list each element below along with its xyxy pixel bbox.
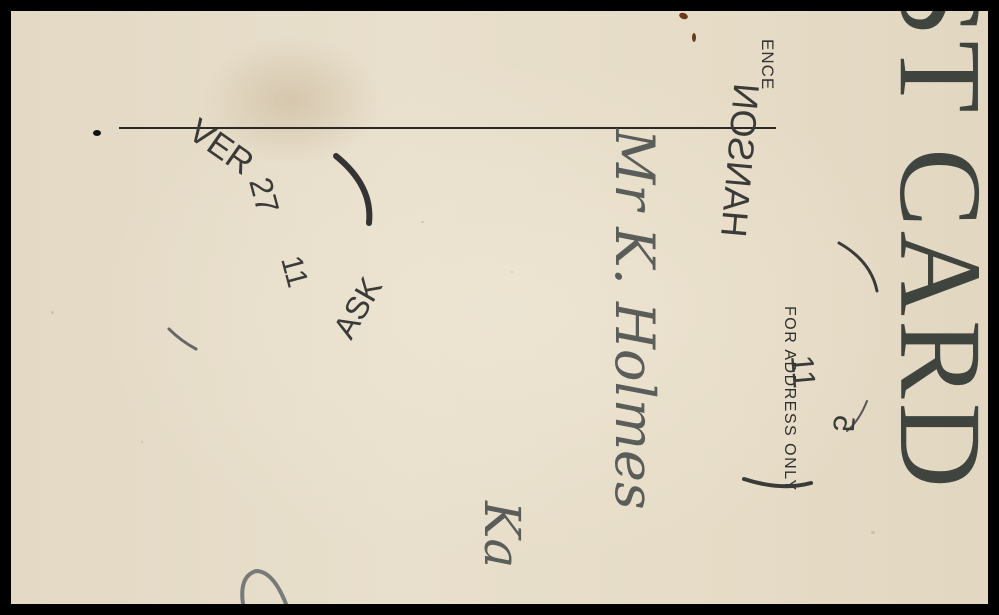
postmark-left-year: 11 bbox=[274, 252, 314, 291]
postmarks-layer: VER 27 11 ASK HANSON 11 5 bbox=[11, 11, 988, 604]
postmark-center-year: 11 bbox=[784, 353, 823, 389]
handwriting-stroke bbox=[242, 571, 286, 604]
postcard-back: ENCE ST CARD FOR ADDRESS ONLY Mr K. Holm… bbox=[11, 11, 988, 604]
postmark-left-city: VER bbox=[181, 111, 260, 182]
postmark-left-state: ASK bbox=[326, 271, 389, 344]
postmark-center: HANSON 11 5 bbox=[713, 82, 877, 486]
postmark-center-city: HANSON bbox=[713, 82, 767, 239]
postmark-center-number: 5 bbox=[826, 414, 860, 434]
postmark-left: VER 27 11 ASK bbox=[169, 111, 389, 349]
postmark-left-day: 27 bbox=[242, 173, 286, 217]
